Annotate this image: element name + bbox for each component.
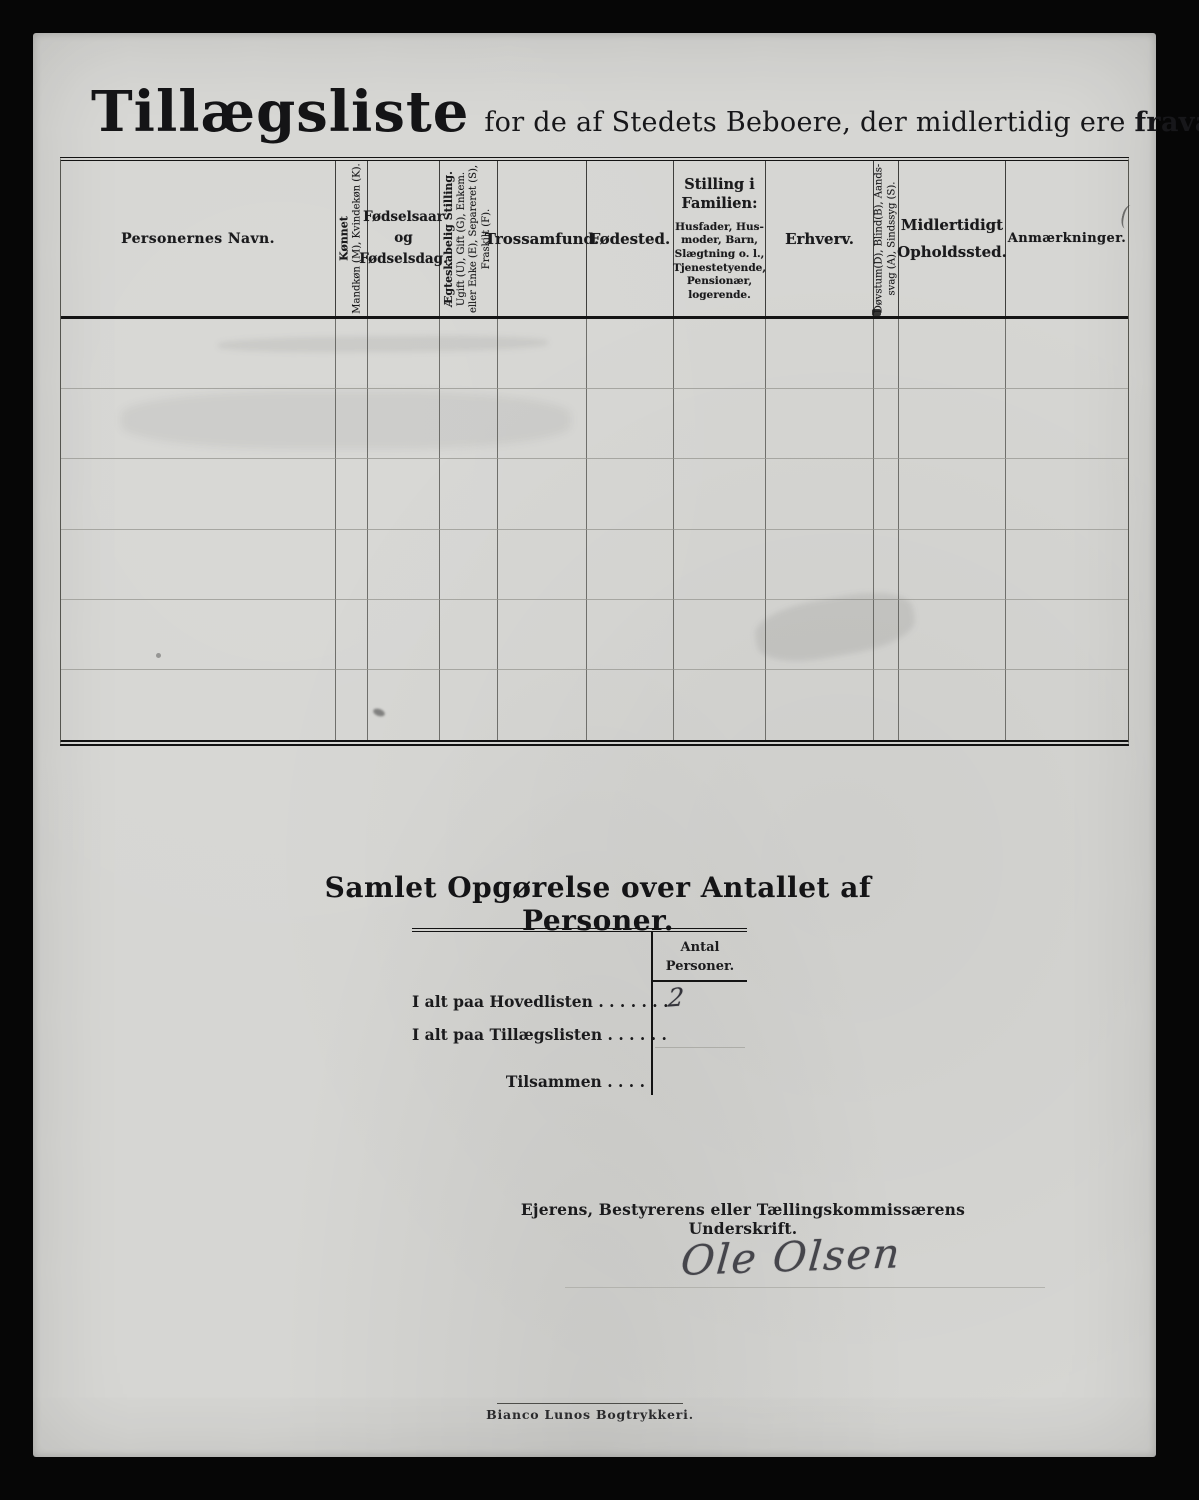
- form-subtitle: for de af Stedets Beboere, der midlertid…: [484, 107, 1199, 138]
- empty-form-cell: [587, 600, 674, 670]
- empty-form-cell: [899, 389, 1006, 459]
- empty-form-cell: [368, 319, 440, 389]
- empty-form-cell: [766, 389, 874, 459]
- summary-amount-header: Antal Personer.: [653, 939, 747, 977]
- table-body-row: [61, 600, 1128, 670]
- empty-form-cell: [674, 600, 766, 670]
- column-header-anmaerkninger: Anmærkninger.: [1006, 161, 1128, 316]
- table-body-row: [61, 459, 1128, 529]
- handwritten-signature: Ole Olsen: [679, 1229, 904, 1285]
- empty-form-cell: [874, 459, 899, 529]
- printer-imprint: Bianco Lunos Bogtrykkeri.: [470, 1407, 710, 1422]
- column-header-stilling-i-familien: Stilling i Familien: Husfader, Hus- mode…: [674, 161, 766, 316]
- form-subtitle-emphasis: fraværende.: [1135, 107, 1199, 138]
- column-header-doevstum-blind: Døvstum(D), Blind(B), Aands- svag (A), S…: [874, 161, 899, 316]
- empty-form-cell: [61, 530, 336, 600]
- empty-form-cell: [440, 459, 498, 529]
- empty-form-cell: [587, 389, 674, 459]
- empty-form-cell: [440, 530, 498, 600]
- empty-form-cell: [587, 530, 674, 600]
- column-header-foedested: Fødested.: [587, 161, 674, 316]
- empty-form-cell: [498, 600, 587, 670]
- empty-form-cell: [61, 319, 336, 389]
- signature-label: Ejerens, Bestyrerens eller Tællingskommi…: [483, 1200, 1003, 1238]
- empty-form-cell: [440, 600, 498, 670]
- empty-form-cell: [899, 670, 1006, 740]
- summary-faint-rule: [655, 1047, 745, 1048]
- empty-form-cell: [587, 459, 674, 529]
- empty-form-cell: [766, 530, 874, 600]
- table-body-row: [61, 319, 1128, 389]
- ink-smudge: [121, 391, 571, 449]
- empty-form-cell: [336, 319, 368, 389]
- empty-form-cell: [1006, 319, 1128, 389]
- ink-blot: [872, 309, 881, 316]
- empty-form-cell: [766, 670, 874, 740]
- empty-form-cell: [440, 670, 498, 740]
- empty-form-cell: [336, 530, 368, 600]
- empty-form-cell: [766, 459, 874, 529]
- empty-form-cell: [368, 670, 440, 740]
- empty-form-cell: [899, 600, 1006, 670]
- empty-form-cell: [1006, 670, 1128, 740]
- empty-form-cell: [1006, 600, 1128, 670]
- form-masthead: Tillægsliste for de af Stedets Beboere, …: [91, 79, 1199, 145]
- empty-form-cell: [61, 600, 336, 670]
- summary-row-hovedlisten: I alt paa Hovedlisten . . . . . . .: [412, 992, 645, 1011]
- empty-form-cell: [874, 389, 899, 459]
- ink-speck: [156, 653, 161, 658]
- empty-form-cell: [498, 459, 587, 529]
- column-header-foedselsaar: Fødselsaar og Fødselsdag.: [368, 161, 440, 316]
- empty-form-cell: [674, 459, 766, 529]
- empty-form-cell: [368, 459, 440, 529]
- summary-row-tilsammen: Tilsammen . . . .: [412, 1072, 645, 1091]
- empty-form-cell: [674, 319, 766, 389]
- table-header-row: Personernes Navn. Kønnet Mandkøn (M), Kv…: [61, 161, 1128, 319]
- empty-form-cell: [498, 670, 587, 740]
- empty-form-cell: [587, 670, 674, 740]
- column-header-erhverv: Erhverv.: [766, 161, 874, 316]
- empty-form-cell: [498, 530, 587, 600]
- empty-form-cell: [1006, 459, 1128, 529]
- scanned-form-page: Tillægsliste for de af Stedets Beboere, …: [33, 33, 1156, 1457]
- table-body-row: [61, 670, 1128, 740]
- summary-table: I alt paa Hovedlisten . . . . . . . I al…: [412, 928, 747, 1095]
- empty-form-cell: [368, 600, 440, 670]
- column-header-midlertidigt-opholdssted: Midlertidigt Opholdssted.: [899, 161, 1006, 316]
- empty-form-cell: [440, 319, 498, 389]
- column-header-trossamfund: Trossamfund.: [498, 161, 587, 316]
- handwritten-count: 2: [667, 982, 685, 1012]
- scan-background: Tillægsliste for de af Stedets Beboere, …: [0, 0, 1199, 1500]
- empty-form-cell: [766, 319, 874, 389]
- empty-form-cell: [61, 670, 336, 740]
- empty-form-cell: [899, 530, 1006, 600]
- summary-row-tillaegslisten: I alt paa Tillægslisten . . . . . .: [412, 1025, 645, 1044]
- supplement-roster-table: Personernes Navn. Kønnet Mandkøn (M), Kv…: [60, 157, 1129, 746]
- empty-form-cell: [498, 319, 587, 389]
- summary-amount-rule: [653, 980, 747, 982]
- empty-form-cell: [899, 459, 1006, 529]
- empty-form-cell: [674, 670, 766, 740]
- empty-form-cell: [674, 530, 766, 600]
- table-body: [61, 319, 1128, 740]
- table-body-row: [61, 530, 1128, 600]
- empty-form-cell: [587, 319, 674, 389]
- empty-form-cell: [336, 459, 368, 529]
- empty-form-cell: [874, 670, 899, 740]
- empty-form-cell: [1006, 530, 1128, 600]
- empty-form-cell: [674, 389, 766, 459]
- empty-form-cell: [336, 600, 368, 670]
- empty-form-cell: [368, 530, 440, 600]
- printer-rule: [497, 1403, 683, 1404]
- empty-form-cell: [61, 459, 336, 529]
- empty-form-cell: [1006, 389, 1128, 459]
- empty-form-cell: [899, 319, 1006, 389]
- column-header-koennet: Kønnet Mandkøn (M), Kvindekøn (K).: [336, 161, 368, 316]
- empty-form-cell: [874, 530, 899, 600]
- signature-line: [565, 1287, 1045, 1288]
- form-title: Tillægsliste: [91, 79, 469, 145]
- empty-form-cell: [336, 670, 368, 740]
- column-header-personernes-navn: Personernes Navn.: [61, 161, 336, 316]
- empty-form-cell: [874, 319, 899, 389]
